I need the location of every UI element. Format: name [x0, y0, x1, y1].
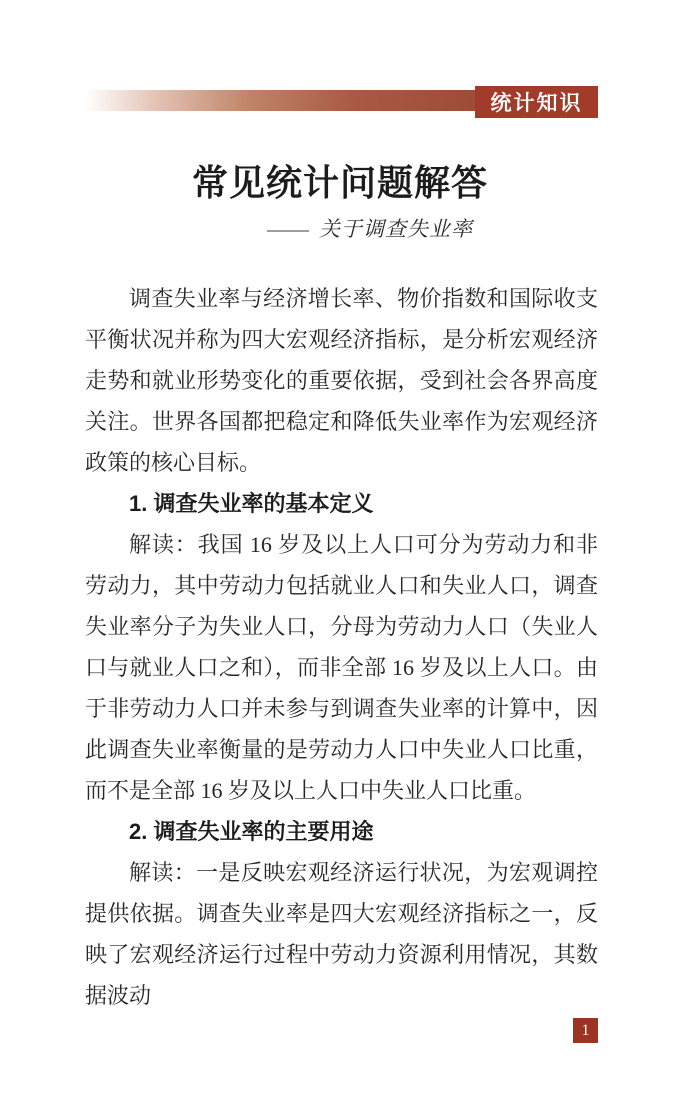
page-subtitle: ——关于调查失业率: [30, 214, 680, 244]
section-heading-2: 2. 调查失业率的主要用途: [85, 811, 598, 852]
subtitle-dash: ——: [267, 217, 309, 241]
intro-paragraph: 调查失业率与经济增长率、物价指数和国际收支平衡状况并称为四大宏观经济指标，是分析…: [85, 278, 598, 483]
section-1-paragraph: 解读：我国 16 岁及以上人口可分为劳动力和非劳动力，其中劳动力包括就业人口和失…: [85, 524, 598, 811]
subtitle-text: 关于调查失业率: [319, 217, 473, 241]
page-number-badge: 1: [573, 1018, 598, 1043]
document-body: 调查失业率与经济增长率、物价指数和国际收支平衡状况并称为四大宏观经济指标，是分析…: [0, 278, 680, 1016]
document-page: 统计知识 常见统计问题解答 ——关于调查失业率 调查失业率与经济增长率、物价指数…: [0, 0, 680, 1093]
section-heading-1: 1. 调查失业率的基本定义: [85, 483, 598, 524]
header-section-tag: 统计知识: [475, 86, 598, 118]
section-2-paragraph: 解读：一是反映宏观经济运行状况，为宏观调控提供依据。调查失业率是四大宏观经济指标…: [85, 852, 598, 1016]
